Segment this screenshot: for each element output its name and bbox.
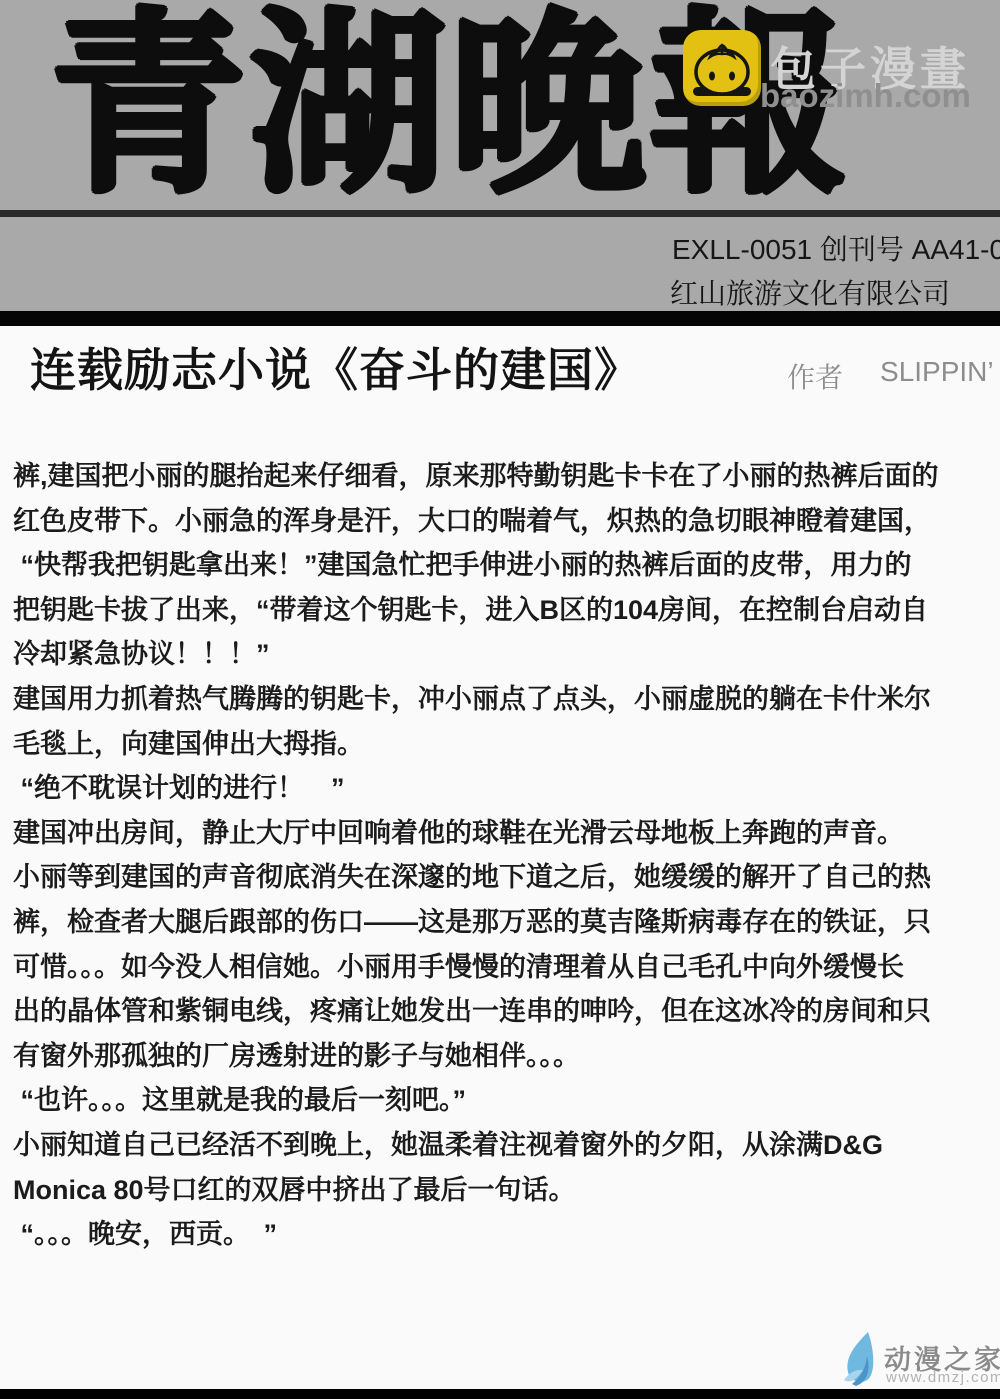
issue-number: EXLL-0051 创刊号 AA41-0 — [672, 228, 1000, 268]
bottom-bar — [0, 1389, 1000, 1399]
story-line: “也许。。。这里就是我的最后一刻吧。” — [13, 1078, 998, 1123]
byline-author: SLIPPIN’ — [880, 356, 994, 396]
newspaper-page: 青湖晚報 EXLL-0051 创刊号 AA41-0 红山旅游文化有限公司 包子漫… — [0, 0, 1000, 1399]
story-line: 可惜。。。如今没人相信她。小丽用手慢慢的清理着从自己毛孔中向外缓慢长 — [13, 945, 998, 990]
story-line: “绝不耽误计划的进行！ ” — [13, 766, 998, 811]
publisher-name: 红山旅游文化有限公司 — [670, 272, 950, 312]
story-text: 裤,建国把小丽的腿抬起来仔细看，原来那特勤钥匙卡卡在了小丽的热裤后面的红色皮带下… — [13, 454, 998, 1257]
story-line: 小丽等到建国的声音彻底消失在深邃的地下道之后，她缓缓的解开了自己的热 — [13, 855, 998, 900]
story-line: Monica 80号口红的双唇中挤出了最后一句话。 — [13, 1168, 998, 1213]
byline: 作者 SLIPPIN’ — [787, 356, 994, 396]
divider-line — [0, 210, 1000, 217]
story-line: “快帮我把钥匙拿出来！”建国急忙把手伸进小丽的热裤后面的皮带，用力的 — [13, 543, 998, 588]
dmzj-watermark: 动漫之家 www.dmzj.com — [840, 1328, 1000, 1390]
story-line: 红色皮带下。小丽急的浑身是汗，大口的喘着气，炽热的急切眼神瞪着建国， — [13, 499, 998, 544]
story-line: 裤,建国把小丽的腿抬起来仔细看，原来那特勤钥匙卡卡在了小丽的热裤后面的 — [13, 454, 998, 499]
newspaper-title: 青湖晚報 — [50, 0, 850, 212]
dmzj-domain-text: www.dmzj.com — [886, 1369, 1000, 1386]
separator-bar — [0, 311, 1000, 326]
story-line: 建国冲出房间，静止大厅中回响着他的球鞋在光滑云母地板上奔跑的声音。 — [13, 811, 998, 856]
story-line: 小丽知道自己已经活不到晚上，她温柔着注视着窗外的夕阳，从涂满D&G — [13, 1123, 998, 1168]
story-line: 建国用力抓着热气腾腾的钥匙卡，冲小丽点了点头，小丽虚脱的躺在卡什米尔 — [13, 677, 998, 722]
story-line: 毛毯上，向建国伸出大拇指。 — [13, 722, 998, 767]
article-title: 连载励志小说《奋斗的建国》 — [30, 334, 641, 400]
story-line: 冷却紧急协议！！！” — [13, 632, 998, 677]
masthead: 青湖晚報 EXLL-0051 创刊号 AA41-0 红山旅游文化有限公司 — [0, 0, 1000, 311]
story-line: 出的晶体管和紫铜电线，疼痛让她发出一连串的呻吟，但在这冰冷的房间和只 — [13, 989, 998, 1034]
story-line: 把钥匙卡拔了出来，“带着这个钥匙卡，进入B区的104房间，在控制台启动自 — [13, 588, 998, 633]
story-line: 有窗外那孤独的厂房透射进的影子与她相伴。。。 — [13, 1034, 998, 1079]
byline-label: 作者 — [787, 356, 843, 396]
flame-leaf-icon — [840, 1330, 880, 1388]
story-line: “。。。晚安，西贡。 ” — [13, 1212, 998, 1257]
story-line: 裤，检查者大腿后跟部的伤口——这是那万恶的莫吉隆斯病毒存在的铁证，只 — [13, 900, 998, 945]
